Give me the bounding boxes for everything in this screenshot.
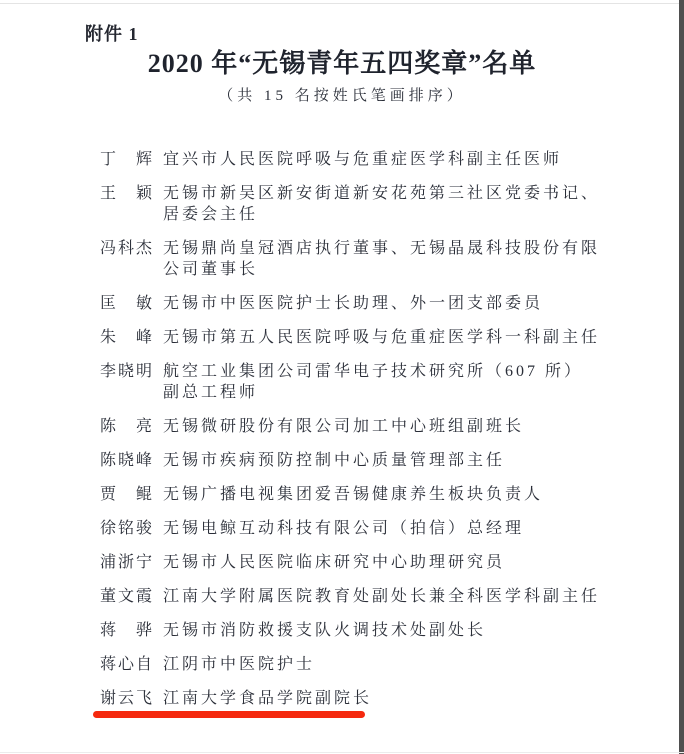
list-item: 陈 亮 无锡微研股份有限公司加工中心班组副班长 <box>100 416 640 437</box>
awardee-position: 无锡广播电视集团爱吾锡健康养生板块负责人 <box>163 484 628 505</box>
awardee-name: 匡 敏 <box>100 293 152 314</box>
awardee-list: 丁 辉 宜兴市人民医院呼吸与危重症医学科副主任医师 王 颖 无锡市新吴区新安街道… <box>100 149 640 722</box>
awardee-name: 蒋心自 <box>100 654 152 675</box>
awardee-name: 徐铭骏 <box>100 518 152 539</box>
awardee-position: 无锡市疾病预防控制中心质量管理部主任 <box>163 450 628 471</box>
list-item: 徐铭骏 无锡电鲸互动科技有限公司（拍信）总经理 <box>100 518 640 539</box>
awardee-name: 董文霞 <box>100 586 152 607</box>
awardee-name: 王 颖 <box>100 183 152 204</box>
awardee-name: 陈 亮 <box>100 416 152 437</box>
list-item: 冯科杰 无锡鼎尚皇冠酒店执行董事、无锡晶晟科技股份有限 公司董事长 <box>100 238 640 280</box>
list-item: 丁 辉 宜兴市人民医院呼吸与危重症医学科副主任医师 <box>100 149 640 170</box>
awardee-name: 李晓明 <box>100 361 152 382</box>
list-item: 贾 鲲 无锡广播电视集团爱吾锡健康养生板块负责人 <box>100 484 640 505</box>
list-item: 董文霞 江南大学附属医院教育处副处长兼全科医学科副主任 <box>100 586 640 607</box>
awardee-name: 浦浙宁 <box>100 552 152 573</box>
awardee-position: 宜兴市人民医院呼吸与危重症医学科副主任医师 <box>163 149 628 170</box>
list-item: 陈晓峰 无锡市疾病预防控制中心质量管理部主任 <box>100 450 640 471</box>
awardee-position: 江阴市中医院护士 <box>163 654 628 675</box>
awardee-position: 无锡微研股份有限公司加工中心班组副班长 <box>163 416 628 437</box>
awardee-position: 江南大学食品学院副院长 <box>163 688 628 709</box>
list-item: 蒋 骅 无锡市消防救援支队火调技术处副处长 <box>100 620 640 641</box>
awardee-name: 冯科杰 <box>100 238 152 259</box>
page-right-border <box>679 0 684 754</box>
awardee-position: 无锡鼎尚皇冠酒店执行董事、无锡晶晟科技股份有限 公司董事长 <box>163 238 628 280</box>
list-item: 匡 敏 无锡市中医医院护士长助理、外一团支部委员 <box>100 293 640 314</box>
page-subtitle: （共 15 名按姓氏笔画排序） <box>0 84 684 105</box>
page-top-border <box>0 3 684 4</box>
document-page: 附件 1 2020 年“无锡青年五四奖章”名单 （共 15 名按姓氏笔画排序） … <box>0 0 684 754</box>
awardee-position: 无锡市人民医院临床研究中心助理研究员 <box>163 552 628 573</box>
awardee-name: 贾 鲲 <box>100 484 152 505</box>
awardee-name: 丁 辉 <box>100 149 152 170</box>
awardee-position: 无锡市消防救援支队火调技术处副处长 <box>163 620 628 641</box>
awardee-position: 江南大学附属医院教育处副处长兼全科医学科副主任 <box>163 586 628 607</box>
awardee-name: 陈晓峰 <box>100 450 152 471</box>
awardee-name: 蒋 骅 <box>100 620 152 641</box>
awardee-position: 无锡电鲸互动科技有限公司（拍信）总经理 <box>163 518 628 539</box>
list-item: 王 颖 无锡市新吴区新安街道新安花苑第三社区党委书记、 居委会主任 <box>100 183 640 225</box>
list-item: 浦浙宁 无锡市人民医院临床研究中心助理研究员 <box>100 552 640 573</box>
awardee-name: 朱 峰 <box>100 327 152 348</box>
awardee-position: 无锡市中医医院护士长助理、外一团支部委员 <box>163 293 628 314</box>
list-item: 蒋心自 江阴市中医院护士 <box>100 654 640 675</box>
awardee-position: 航空工业集团公司雷华电子技术研究所（607 所） 副总工程师 <box>163 361 628 403</box>
list-item: 朱 峰 无锡市第五人民医院呼吸与危重症医学科一科副主任 <box>100 327 640 348</box>
page-bottom-border <box>0 752 684 753</box>
awardee-name: 谢云飞 <box>100 688 152 709</box>
awardee-position: 无锡市新吴区新安街道新安花苑第三社区党委书记、 居委会主任 <box>163 183 628 225</box>
list-item: 李晓明 航空工业集团公司雷华电子技术研究所（607 所） 副总工程师 <box>100 361 640 403</box>
list-item-highlighted: 谢云飞 江南大学食品学院副院长 <box>100 688 640 709</box>
red-underline-mark <box>93 711 365 718</box>
page-title: 2020 年“无锡青年五四奖章”名单 <box>0 43 684 80</box>
awardee-position: 无锡市第五人民医院呼吸与危重症医学科一科副主任 <box>163 327 628 348</box>
